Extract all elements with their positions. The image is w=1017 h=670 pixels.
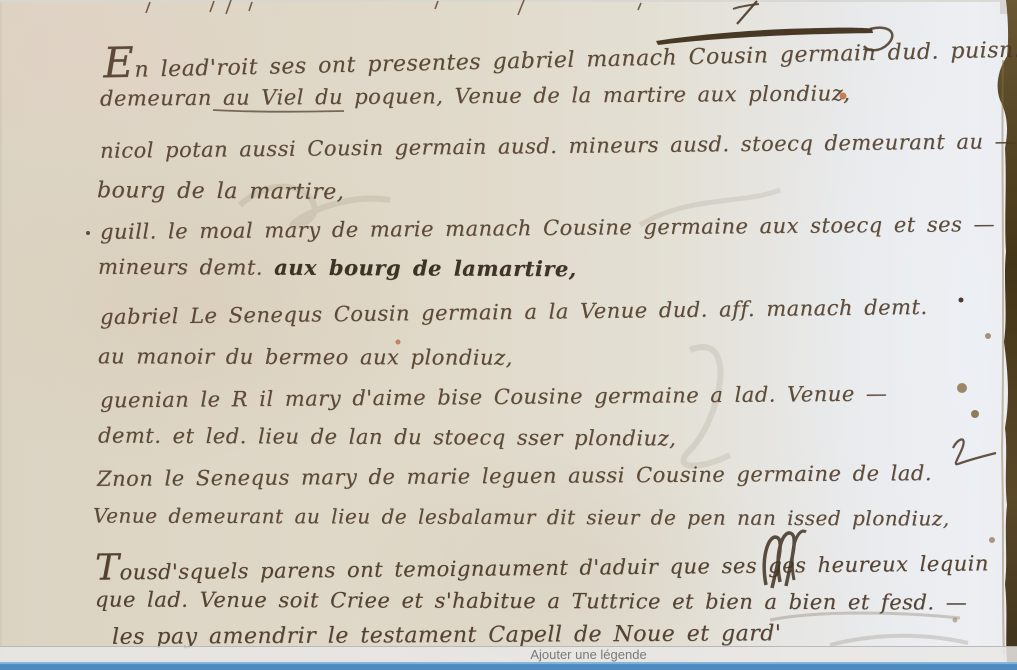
- manuscript-line-14: que lad. Venue soit Criee et s'habitue a…: [95, 587, 967, 614]
- manuscript-line-4: bourg de la martire,: [97, 178, 344, 205]
- manuscript-line-11: Znon le Senequs mary de marie leguen aus…: [97, 461, 932, 491]
- margin-flourish: [953, 439, 996, 464]
- margin-dot: [86, 231, 90, 235]
- manuscript-line-12: Venue demeurant au lieu de lesbalamur di…: [93, 504, 950, 531]
- manuscript-line-9: guenian le R il mary d'aime bise Cousine…: [100, 382, 888, 413]
- manuscript-line-6: mineurs demt. aux bourg de lamartire,: [98, 254, 577, 282]
- manuscript-page-image[interactable]: En lead'roit ses ont presentes gabriel m…: [0, 0, 1017, 670]
- binding-edge: [998, 0, 1017, 662]
- manuscript-line-6-bold: aux bourg de lamartire,: [274, 255, 577, 282]
- manuscript-line-13: Tousd'squels parens ont temoignaument d'…: [95, 538, 989, 588]
- manuscript-line-10: demt. et led. lieu de lan du stoecq sser…: [98, 423, 676, 450]
- screenshot-root: En lead'roit ses ont presentes gabriel m…: [0, 0, 1017, 670]
- top-edge-marks: [146, 0, 641, 15]
- underline-stroke: [213, 110, 344, 112]
- caption-placeholder-text[interactable]: Ajouter une légende: [530, 648, 646, 662]
- end-dot: [959, 298, 964, 303]
- manuscript-line-7: gabriel Le Senequs Cousin germain a la V…: [100, 295, 928, 329]
- selection-bar: [0, 662, 1017, 670]
- manuscript-line-6-normal: mineurs demt.: [98, 255, 274, 280]
- caption-input[interactable]: Ajouter une légende: [0, 646, 1017, 662]
- scan-corner: [1000, 0, 1017, 14]
- manuscript-line-2: demeuran au Viel du poquen, Venue de la …: [100, 81, 851, 110]
- manuscript-line-5: guill. le moal mary de marie manach Cous…: [100, 212, 995, 244]
- manuscript-line-3: nicol potan aussi Cousin germain ausd. m…: [100, 129, 1016, 163]
- manuscript-line-8: au manoir du bermeo aux plondiuz,: [98, 344, 513, 369]
- manuscript-line-1: En lead'roit ses ont presentes gabriel m…: [103, 18, 1017, 88]
